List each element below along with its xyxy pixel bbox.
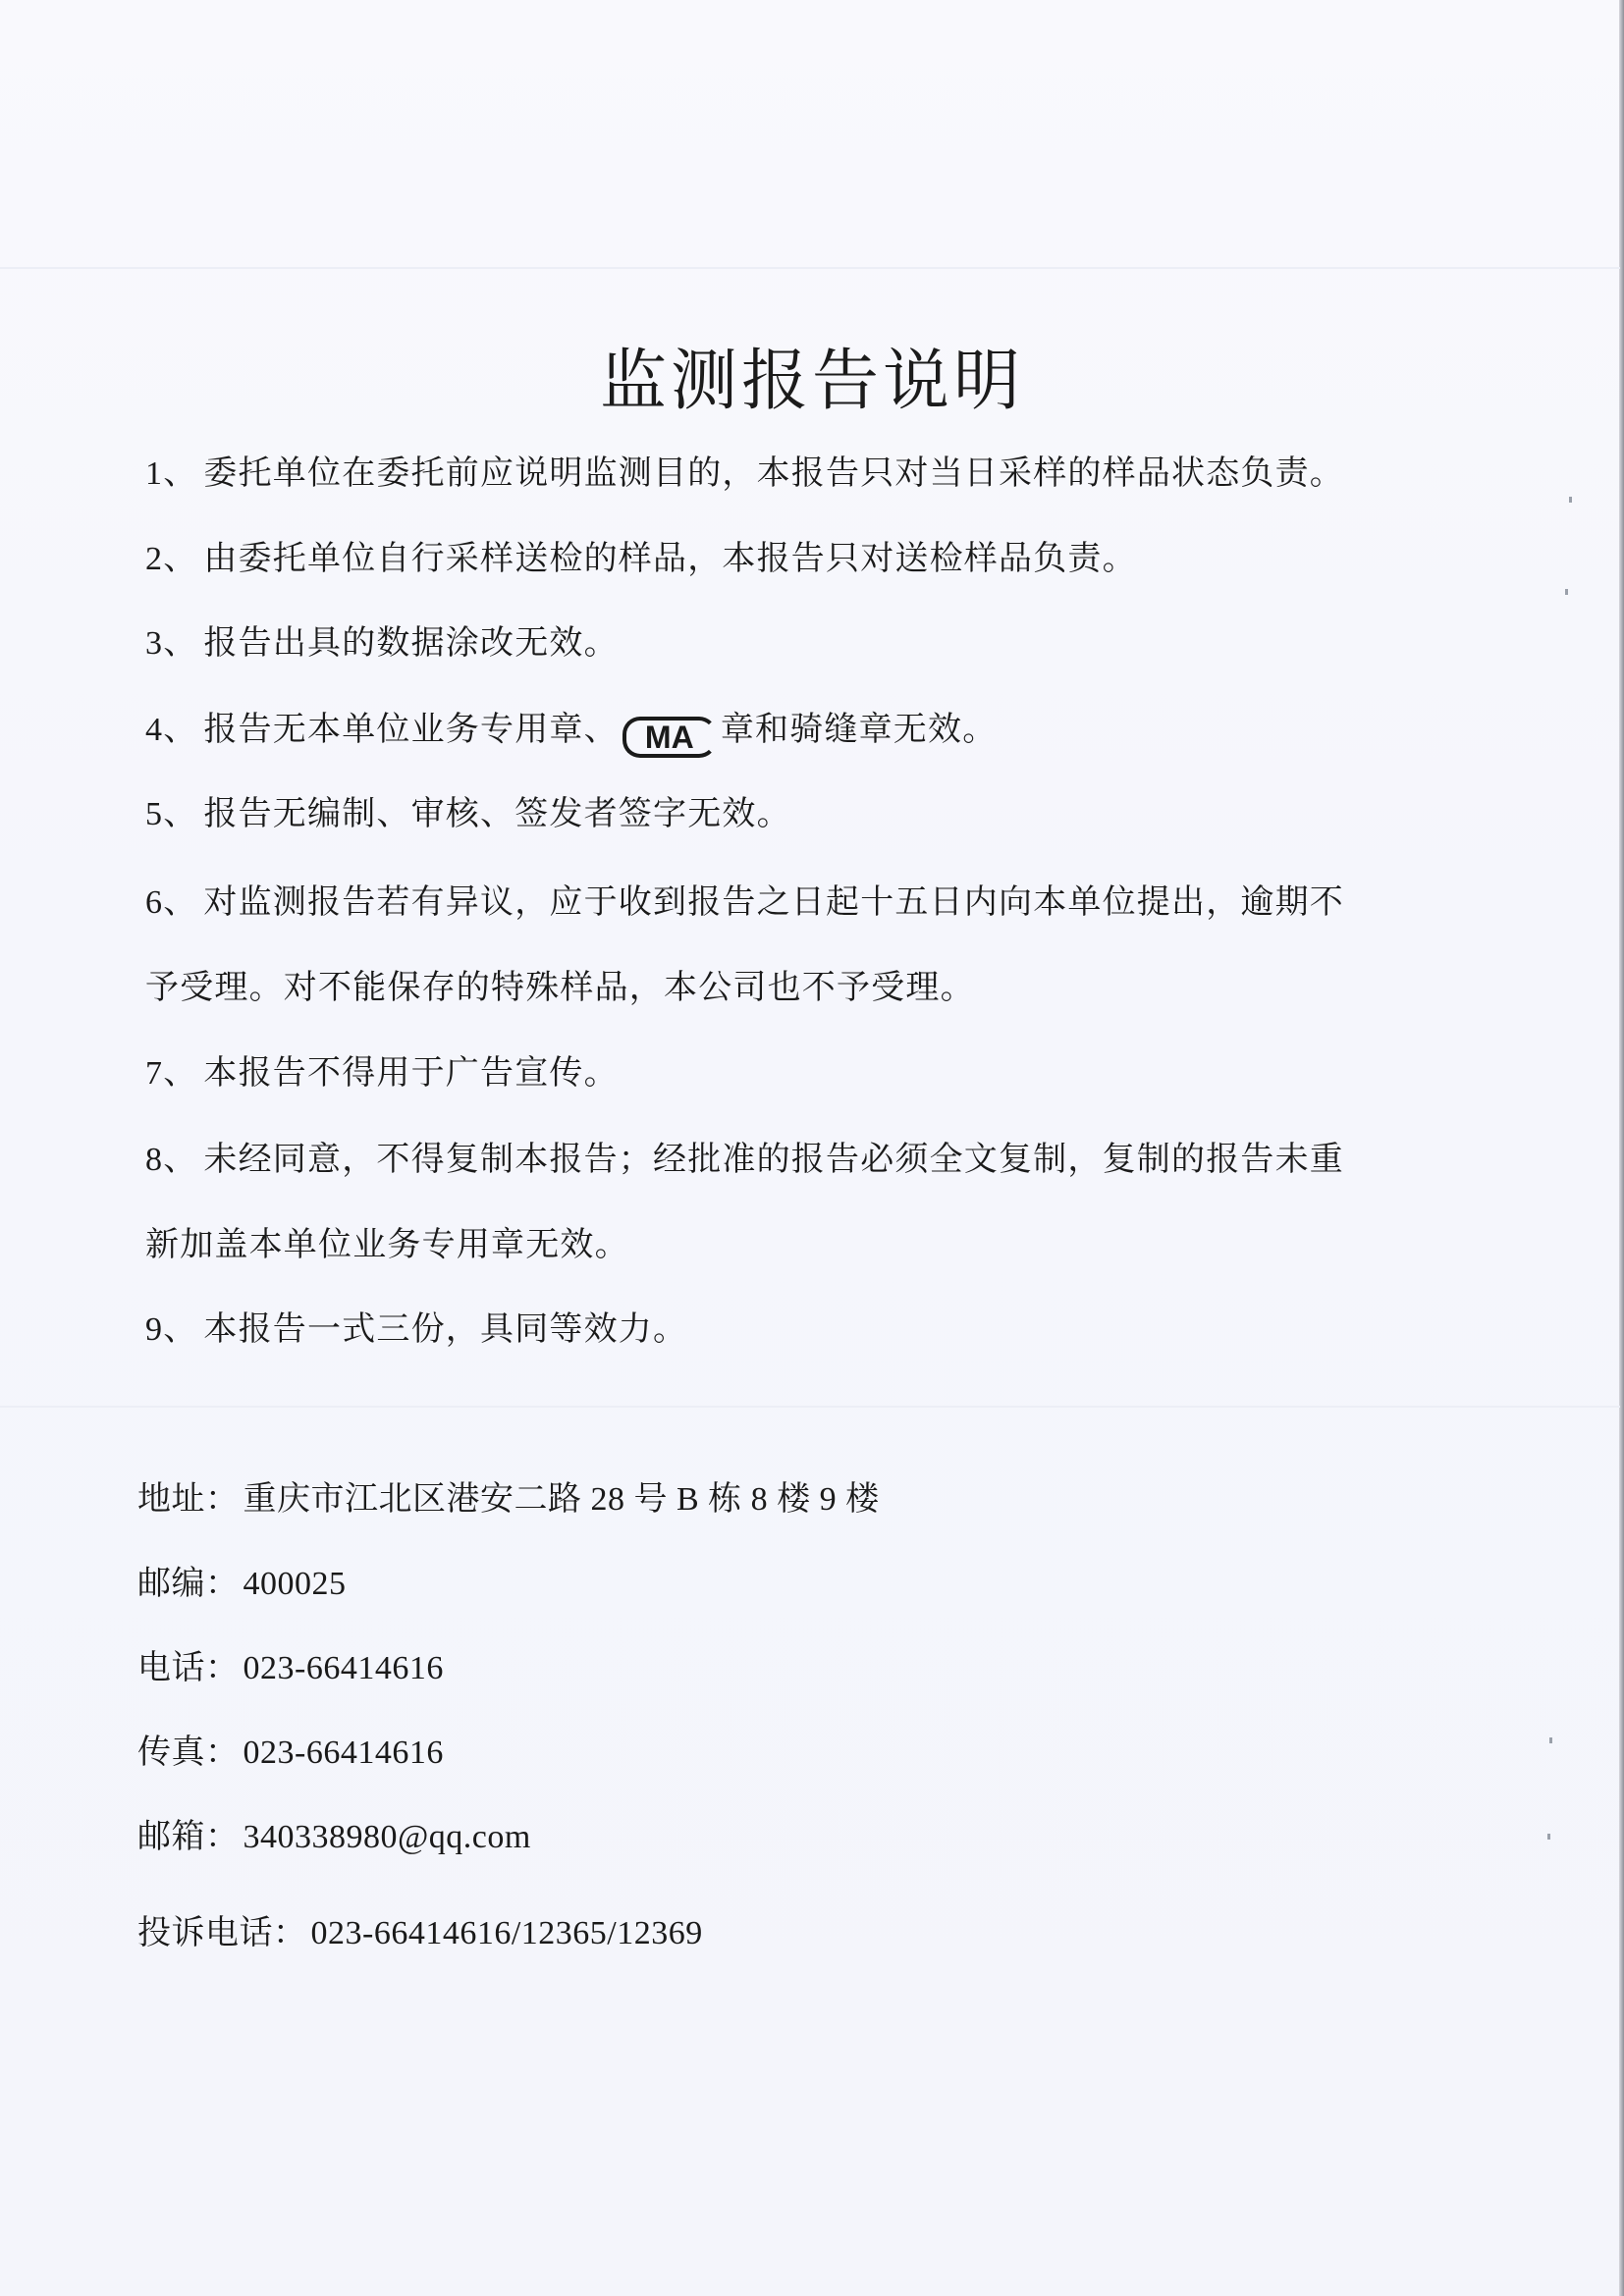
clause-text: 新加盖本单位业务专用章无效。 (145, 1227, 629, 1263)
contact-postcode: 邮编：400025 (137, 1565, 347, 1604)
contact-label: 投诉电话： (137, 1915, 307, 1951)
clause-number: 4、 (145, 712, 197, 748)
clause-number: 1、 (145, 455, 197, 492)
clause-text: 未经同意，不得复制本报告；经批准的报告必须全文复制，复制的报告未重 (203, 1142, 1344, 1178)
clause-text: 对监测报告若有异议，应于收到报告之日起十五日内向本单位提出，逾期不 (203, 884, 1344, 921)
clause-number: 7、 (145, 1055, 197, 1092)
contact-email: 邮箱：340338980@qq.com (137, 1818, 531, 1857)
scanned-page: 监测报告说明 1、委托单位在委托前应说明监测目的，本报告只对当日采样的样品状态负… (0, 0, 1624, 2296)
clause-number: 2、 (145, 541, 197, 577)
clause-5: 5、报告无编制、审核、签发者签字无效。 (145, 795, 791, 834)
fold-line (0, 267, 1620, 269)
contact-phone: 电话：023-66414616 (137, 1649, 444, 1688)
contact-fax: 传真：023-66414616 (137, 1734, 444, 1773)
clause-9: 9、本报告一式三份，具同等效力。 (145, 1310, 687, 1350)
clause-text: 章和骑缝章无效。 (721, 712, 998, 748)
scan-speck (1549, 1737, 1552, 1743)
fold-line (0, 1406, 1620, 1408)
clause-text: 予受理。对不能保存的特殊样品，本公司也不予受理。 (145, 970, 975, 1006)
scan-speck (1565, 589, 1568, 595)
contact-label: 邮编： (137, 1566, 240, 1602)
contact-address: 地址：重庆市江北区港安二路 28 号 B 栋 8 楼 9 楼 (137, 1480, 880, 1520)
clause-number: 8、 (145, 1142, 197, 1178)
clause-text: 报告无本单位业务专用章、 (203, 712, 618, 748)
clause-8-continuation: 新加盖本单位业务专用章无效。 (145, 1226, 629, 1265)
contact-value: 023-66414616/12365/12369 (311, 1915, 703, 1951)
contact-complaint-phone: 投诉电话：023-66414616/12365/12369 (137, 1914, 703, 1953)
clause-6: 6、对监测报告若有异议，应于收到报告之日起十五日内向本单位提出，逾期不 (145, 883, 1344, 923)
contact-value: 重庆市江北区港安二路 28 号 B 栋 8 楼 9 楼 (244, 1481, 880, 1518)
page-title: 监测报告说明 (0, 328, 1624, 423)
contact-label: 传真： (137, 1735, 240, 1771)
clause-4: 4、报告无本单位业务专用章、MA章和骑缝章无效。 (145, 711, 997, 758)
clause-text: 报告出具的数据涂改无效。 (203, 625, 618, 662)
clause-text: 报告无编制、审核、签发者签字无效。 (203, 796, 790, 832)
clause-text: 本报告不得用于广告宣传。 (203, 1055, 618, 1092)
clause-1: 1、委托单位在委托前应说明监测目的，本报告只对当日采样的样品状态负责。 (145, 454, 1344, 494)
contact-label: 地址： (137, 1481, 240, 1518)
clause-8: 8、未经同意，不得复制本报告；经批准的报告必须全文复制，复制的报告未重 (145, 1141, 1344, 1180)
clause-number: 9、 (145, 1311, 197, 1348)
scan-speck (1569, 497, 1572, 503)
scan-speck (1547, 1834, 1550, 1840)
cma-seal-icon: MA (623, 717, 717, 758)
contact-label: 邮箱： (137, 1819, 240, 1855)
clause-text: 由委托单位自行采样送检的样品，本报告只对送检样品负责。 (203, 541, 1136, 577)
contact-value: 023-66414616 (244, 1650, 444, 1686)
clause-2: 2、由委托单位自行采样送检的样品，本报告只对送检样品负责。 (145, 540, 1137, 579)
clause-number: 6、 (145, 884, 197, 921)
clause-6-continuation: 予受理。对不能保存的特殊样品，本公司也不予受理。 (145, 969, 975, 1008)
contact-label: 电话： (137, 1650, 240, 1686)
clause-3: 3、报告出具的数据涂改无效。 (145, 624, 619, 664)
clause-number: 3、 (145, 625, 197, 662)
clause-text: 本报告一式三份，具同等效力。 (203, 1311, 687, 1348)
contact-value: 340338980@qq.com (244, 1819, 531, 1855)
contact-value: 400025 (244, 1566, 347, 1602)
cma-badge-text: MA (645, 718, 694, 757)
contact-value: 023-66414616 (244, 1735, 444, 1771)
clause-7: 7、本报告不得用于广告宣传。 (145, 1054, 619, 1094)
clause-text: 委托单位在委托前应说明监测目的，本报告只对当日采样的样品状态负责。 (203, 455, 1344, 492)
clause-number: 5、 (145, 796, 197, 832)
